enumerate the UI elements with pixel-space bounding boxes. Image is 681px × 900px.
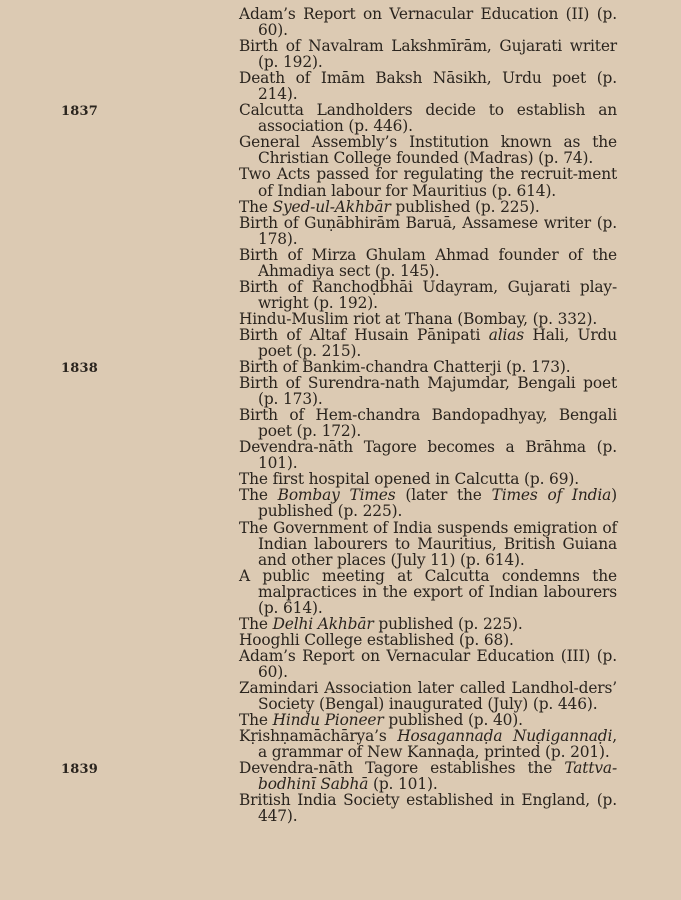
entry: A public meeting at Calcutta condemns th… bbox=[239, 568, 617, 616]
entry: Birth of Bankim-chandra Chatterji (p. 17… bbox=[239, 359, 617, 375]
entry: The first hospital opened in Calcutta (p… bbox=[239, 471, 617, 487]
entry: The Delhi Akhbār published (p. 225). bbox=[239, 616, 617, 632]
entry: Death of Imām Baksh Nāsikh, Urdu poet (p… bbox=[239, 70, 617, 102]
entry: Hooghli College established (p. 68). bbox=[239, 632, 617, 648]
entry: Devendra-nāth Tagore establishes the Tat… bbox=[239, 760, 617, 792]
year-label: 1837 bbox=[61, 104, 98, 119]
entry: Zamindari Association later called Landh… bbox=[239, 680, 617, 712]
entry: The Bombay Times (later the Times of Ind… bbox=[239, 487, 617, 519]
entry: Calcutta Landholders decide to establish… bbox=[239, 102, 617, 134]
entry: The Government of India suspends emigrat… bbox=[239, 520, 617, 568]
book-page: Adam’s Report on Vernacular Education (I… bbox=[0, 0, 681, 900]
entry: The Hindu Pioneer published (p. 40). bbox=[239, 712, 617, 728]
entry: Adam’s Report on Vernacular Education (I… bbox=[239, 6, 617, 38]
entry: Devendra-nāth Tagore becomes a Brāhma (p… bbox=[239, 439, 617, 471]
entry: Adam’s Report on Vernacular Education (I… bbox=[239, 648, 617, 680]
year-label: 1838 bbox=[61, 361, 98, 376]
year-label: 1839 bbox=[61, 762, 98, 777]
entry: British India Society established in Eng… bbox=[239, 792, 617, 824]
entry: Hindu-Muslim riot at Thana (Bombay, (p. … bbox=[239, 311, 617, 327]
entry: Birth of Guṇābhirām Baruā, Assamese writ… bbox=[239, 215, 617, 247]
entry: The Syed-ul-Akhbār published (p. 225). bbox=[239, 199, 617, 215]
entry: General Assembly’s Institution known as … bbox=[239, 134, 617, 166]
entry: Birth of Altaf Husain Pānipati alias Hal… bbox=[239, 327, 617, 359]
entry: Kṛishṇamāchārya’s Hosagannaḍa Nuḍigannaḍ… bbox=[239, 728, 617, 760]
entry: Birth of Mirza Ghulam Ahmad founder of t… bbox=[239, 247, 617, 279]
chronology-column: Adam’s Report on Vernacular Education (I… bbox=[239, 6, 617, 824]
entry: Birth of Surendra-nath Majumdar, Bengali… bbox=[239, 375, 617, 407]
entry: Birth of Navalram Lakshmīrām, Gujarati w… bbox=[239, 38, 617, 70]
entry: Birth of Ranchoḍbhāi Udayram, Gujarati p… bbox=[239, 279, 617, 311]
entry: Birth of Hem-chandra Bandopadhyay, Benga… bbox=[239, 407, 617, 439]
entry: Two Acts passed for regulating the recru… bbox=[239, 166, 617, 198]
